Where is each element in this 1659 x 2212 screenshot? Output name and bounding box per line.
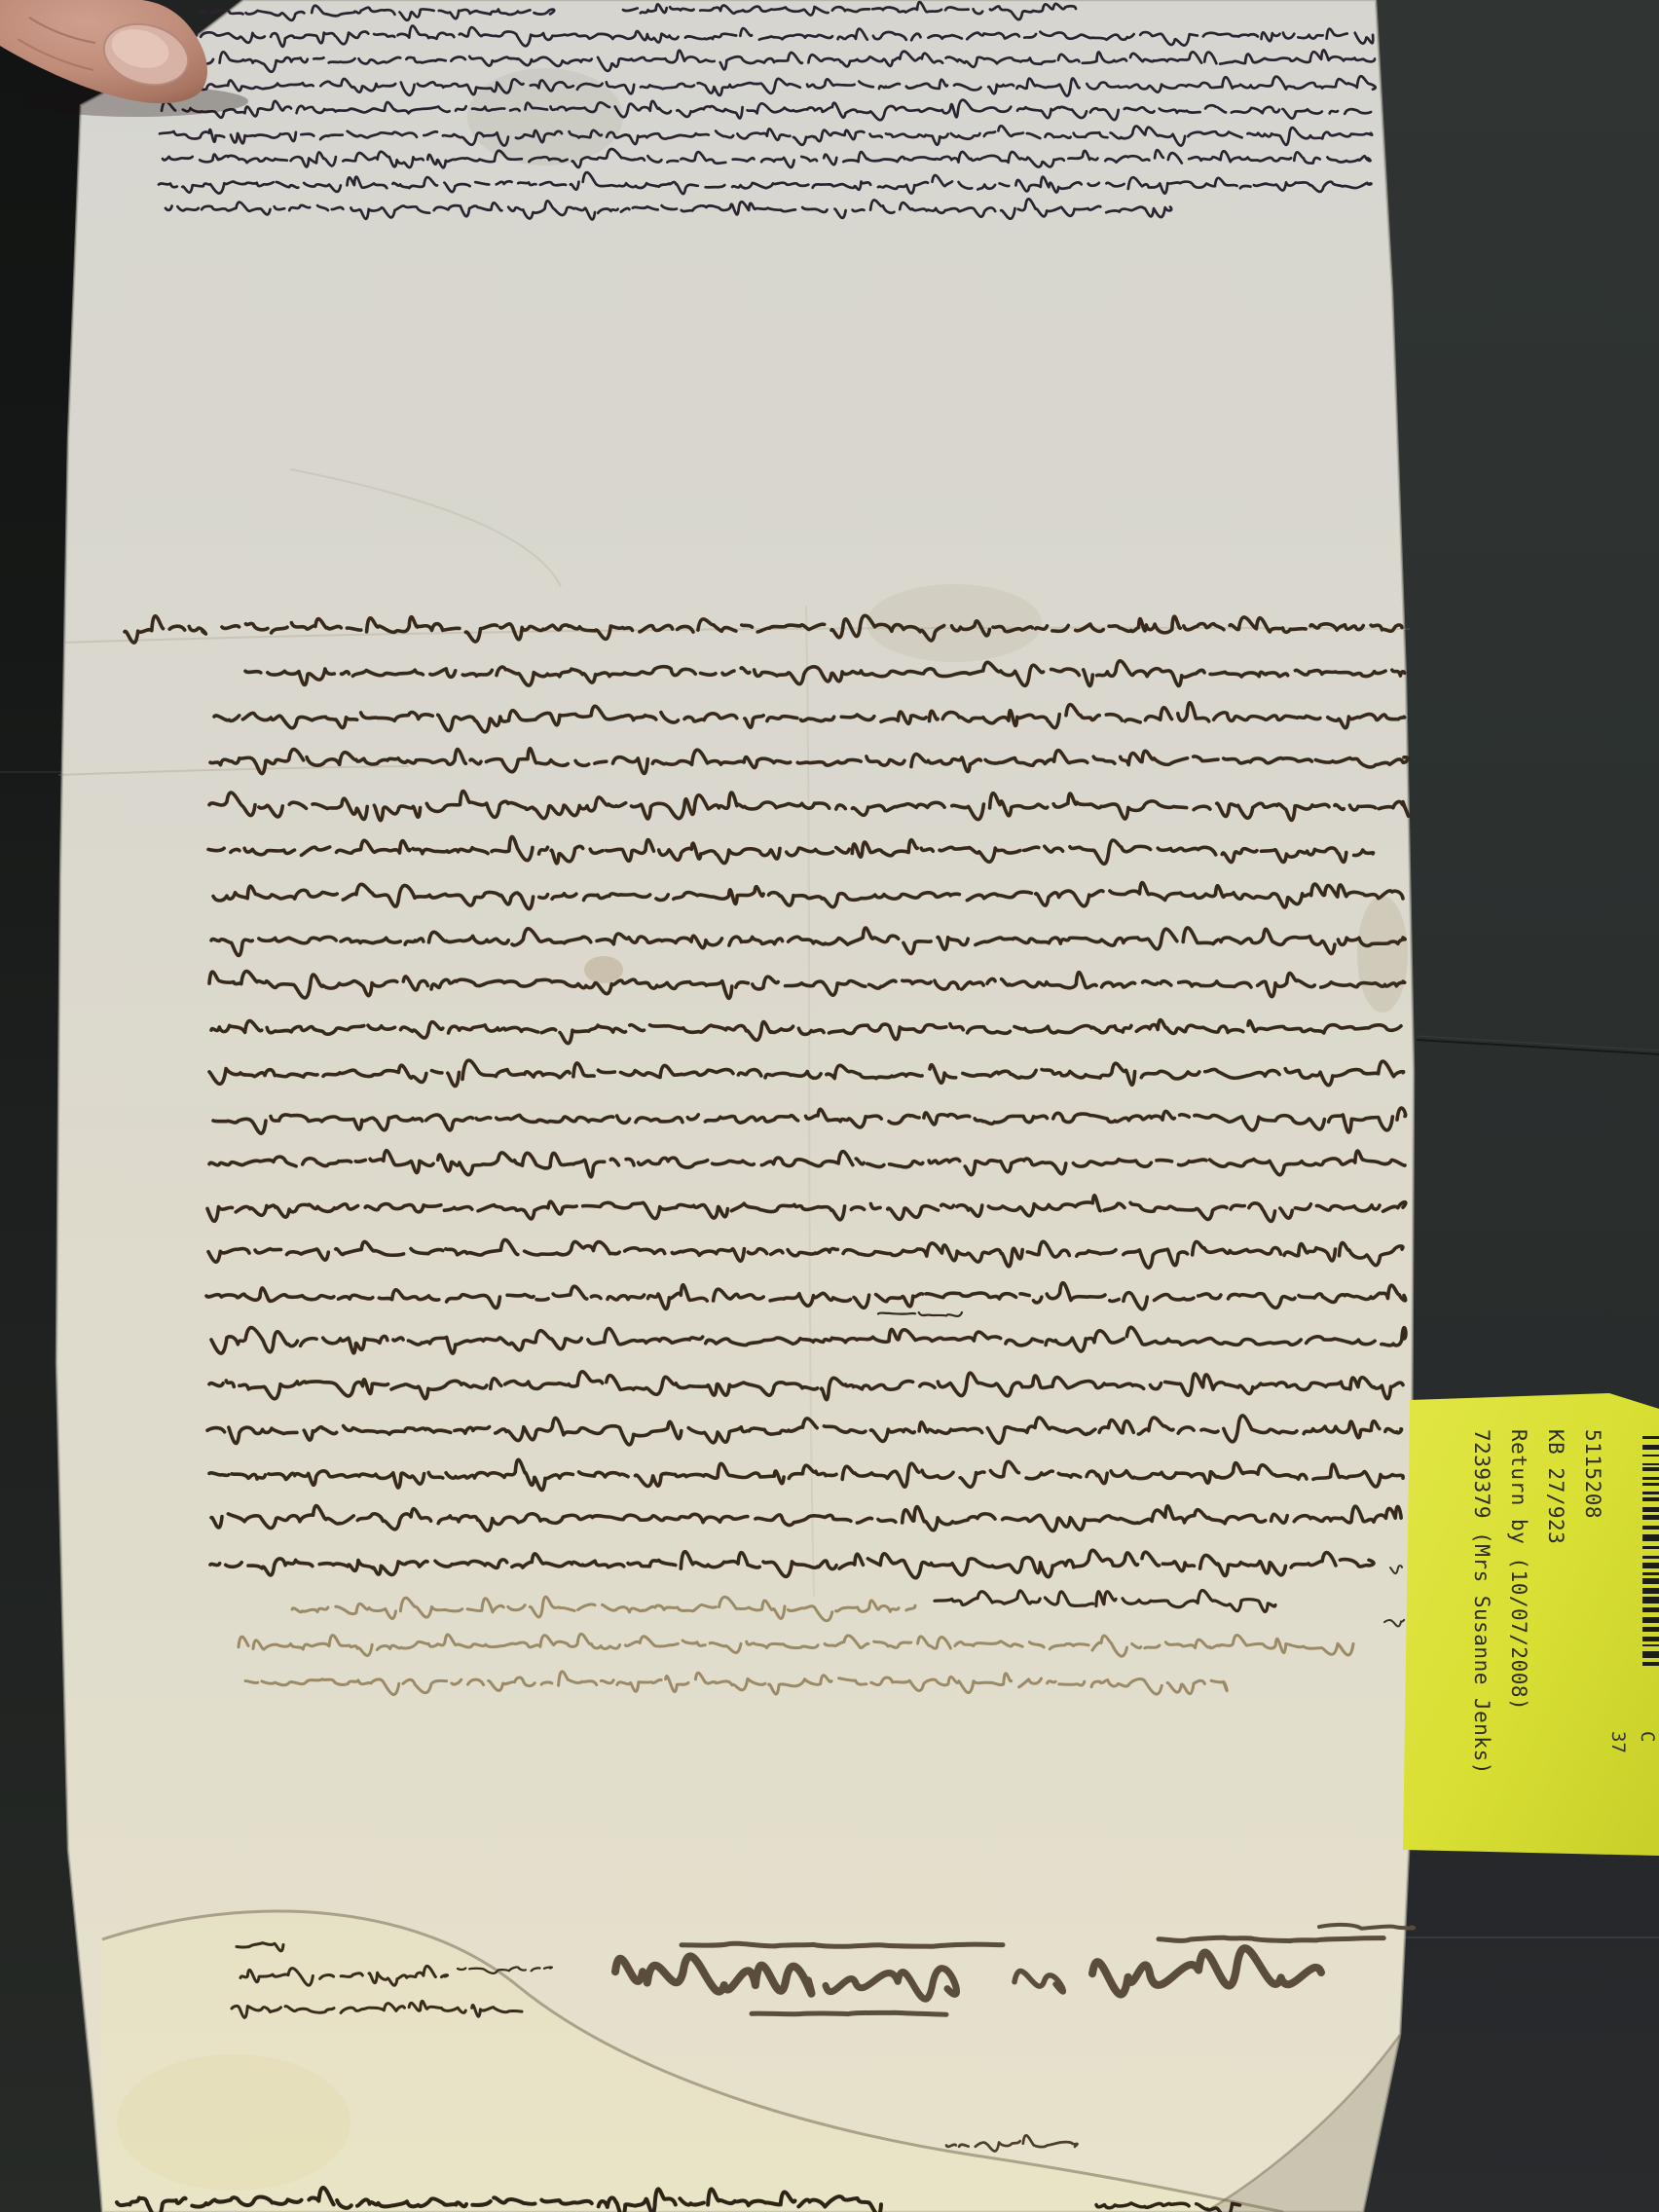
barcode-bar [1642, 1578, 1659, 1584]
parchment-stain [1357, 896, 1408, 1013]
photo-stage: 5115208 KB 27/923 Return by (10/07/2008)… [0, 0, 1659, 2212]
label-side-code-line: C [1633, 1731, 1659, 1789]
barcode-bar [1642, 1597, 1659, 1603]
finger [0, 0, 207, 103]
barcode-bar [1642, 1436, 1659, 1439]
parchment-stain [866, 584, 1042, 662]
parchment [56, 0, 1414, 2212]
barcode-bar [1642, 1445, 1659, 1450]
barcode-bar [1642, 1515, 1659, 1520]
barcode-bar [1642, 1572, 1659, 1576]
barcode-bar [1642, 1467, 1659, 1471]
barcode-bar [1642, 1662, 1659, 1666]
barcode-bar [1642, 1617, 1659, 1623]
label-line-barcode-number: 5115208 [1574, 1429, 1611, 1858]
barcode-bar [1642, 1563, 1659, 1567]
barcode-bar [1642, 1463, 1659, 1465]
parchment-stain [584, 956, 623, 983]
barcode-bar [1642, 1637, 1659, 1641]
barcode-bar [1642, 1607, 1659, 1612]
barcode-bar [1642, 1627, 1659, 1632]
barcode-bar [1642, 1588, 1659, 1595]
barcode-bar [1642, 1477, 1659, 1481]
label-line-reader: 7239379 (Mrs Susanne Jenks) [1463, 1429, 1500, 1858]
barcode-bar [1642, 1497, 1659, 1501]
barcode-bar [1642, 1455, 1659, 1456]
barcode-bar [1642, 1651, 1659, 1658]
parchment-stain [117, 2054, 350, 2191]
barcode-bar [1642, 1644, 1659, 1646]
barcode-bar [1642, 1507, 1659, 1512]
barcode-bar [1642, 1546, 1659, 1549]
barcode-bar [1642, 1534, 1659, 1541]
parchment-scene [0, 0, 1659, 2212]
barcode-bar [1642, 1492, 1659, 1494]
label-line-return-by: Return by (10/07/2008) [1500, 1429, 1537, 1858]
barcode-bar [1642, 1526, 1659, 1530]
archive-label-text: 5115208 KB 27/923 Return by (10/07/2008)… [1417, 1429, 1611, 1858]
barcode-bar [1642, 1483, 1659, 1487]
label-line-reference: KB 27/923 [1537, 1429, 1574, 1858]
label-side-code-line: 37 [1604, 1731, 1633, 1789]
label-side-code: C 37 [1604, 1731, 1659, 1789]
barcode [1642, 1436, 1659, 1668]
barcode-bar [1642, 1556, 1659, 1559]
archive-label: 5115208 KB 27/923 Return by (10/07/2008)… [1400, 1390, 1659, 1858]
